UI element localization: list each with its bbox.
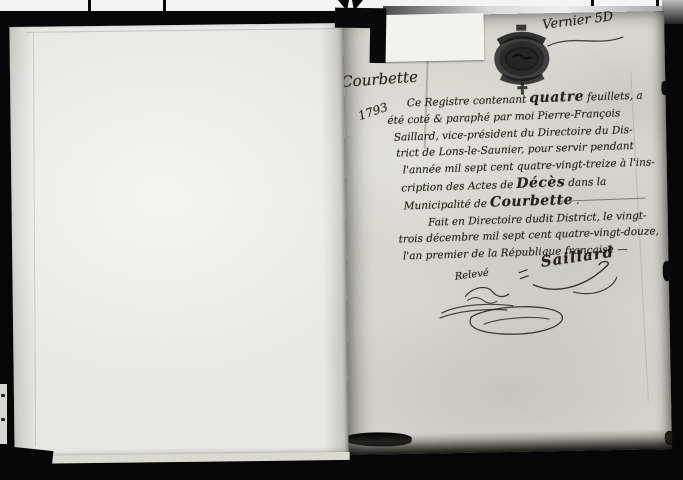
under-sheet-edge xyxy=(25,28,341,33)
blank-facing-page xyxy=(9,23,348,457)
down-arrow-icon xyxy=(338,0,364,12)
docket-note: Relevé xyxy=(454,268,489,283)
film-edge-mark xyxy=(1,418,5,421)
film-tick-mark xyxy=(163,0,166,11)
margin-year-note: 1793 xyxy=(356,100,389,123)
repair-paper-strip xyxy=(385,13,485,62)
scanned-register-opening: Vernier 5D Courbette 1793 Ce Registre co… xyxy=(0,0,683,480)
page-edge-notch xyxy=(663,261,672,281)
under-sheet-step xyxy=(45,452,350,464)
film-splice-tab-stem xyxy=(370,10,387,63)
manuscript-page: Vernier 5D Courbette 1793 Ce Registre co… xyxy=(340,11,672,455)
page-corner-shadow xyxy=(0,445,53,480)
countersignature-flourish xyxy=(437,281,578,346)
page-edge-notch xyxy=(661,81,668,95)
margin-commune-note: Courbette xyxy=(341,68,419,91)
annotation-flourish xyxy=(545,32,625,51)
film-edge-mark xyxy=(1,394,5,397)
film-edge-sliver xyxy=(0,384,7,444)
manuscript-body: Ce Registre contenantquatrefeuillets, aé… xyxy=(387,87,644,265)
scan-corner-glare xyxy=(662,0,683,24)
under-sheet-edge xyxy=(33,33,36,446)
archival-annotation: Vernier 5D xyxy=(541,9,614,33)
film-tick-mark xyxy=(88,0,91,11)
